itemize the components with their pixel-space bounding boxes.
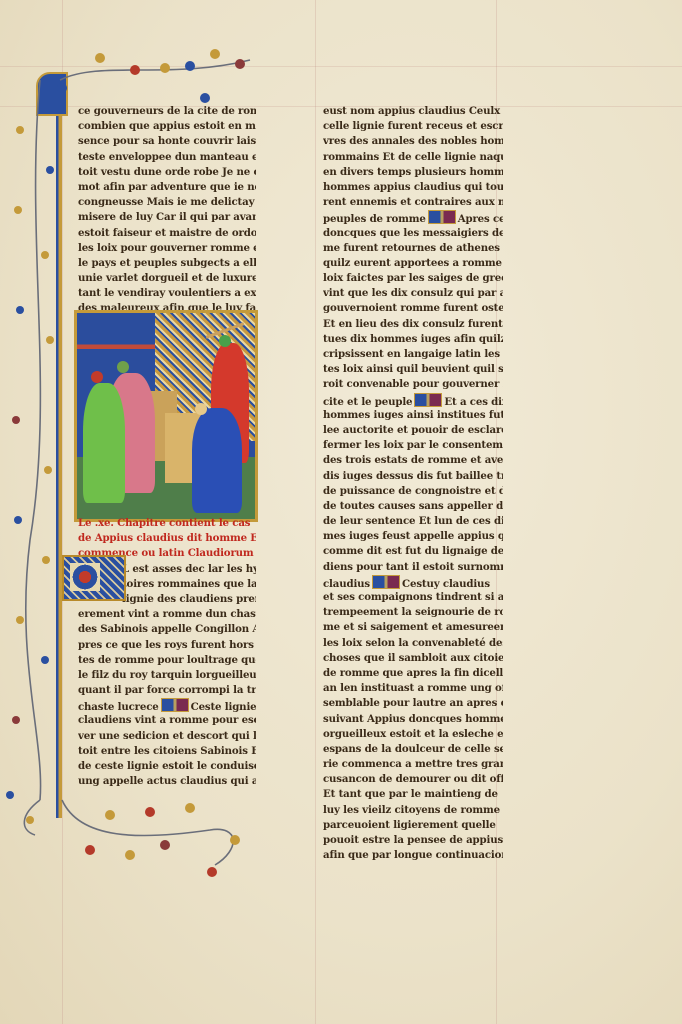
text-line: toit entre les citoiens Sabinois Et bbox=[78, 744, 256, 759]
decorated-initial-icon bbox=[161, 698, 189, 712]
text-line: luy les vieilz citoyens de romme ap bbox=[323, 803, 503, 818]
text-line: tes de romme pour loultrage que fist bbox=[78, 653, 256, 668]
manuscript-page: ce gouverneurs de la cite de romme Et co… bbox=[0, 0, 682, 1024]
text-fragment: Et a ces dix bbox=[444, 396, 503, 408]
text-line: suivant Appius doncques homme bbox=[323, 712, 503, 727]
text-line: hommes appius claudius qui tous fu bbox=[323, 180, 503, 195]
text-line: doncques que les messaigiers de rom bbox=[323, 226, 503, 241]
text-line: cite et le peupleEt a ces dix bbox=[323, 393, 503, 408]
text-line: cusancon de demourer ou dit office bbox=[323, 772, 503, 787]
text-line: tues dix hommes iuges afin quilz es bbox=[323, 332, 503, 347]
text-line: Et tant que par le maintieng de bbox=[323, 787, 503, 802]
text-fragment: Apres ce bbox=[458, 213, 503, 225]
text-line: en divers temps plusieurs hommes bbox=[323, 165, 503, 180]
figure-blue-kneeling bbox=[192, 408, 242, 513]
text-line: afin que par longue continuacion de bbox=[323, 848, 503, 863]
text-line: congneusse Mais ie me delictay en la bbox=[78, 195, 256, 210]
text-line: hommes iuges ainsi institues fut bail bbox=[323, 408, 503, 423]
text-line: cripsissent en langaige latin les dic bbox=[323, 347, 503, 362]
text-line: choses que il sambloit aux citoiens bbox=[323, 651, 503, 666]
decorated-initial-icon bbox=[428, 210, 456, 224]
text-line: estoit faiseur et maistre de ordonner bbox=[78, 226, 256, 241]
text-line: gouvernoient romme furent ostes bbox=[323, 301, 503, 316]
text-line: celle lignie furent receus et escrips es… bbox=[323, 119, 503, 134]
text-line: tes loix ainsi quil beuvient quil se bbox=[323, 362, 503, 377]
text-line: me et si saigement et amesureement bbox=[323, 620, 503, 635]
decorated-initial-icon bbox=[414, 393, 442, 407]
text-line: rent ennemis et contraires aux menus bbox=[323, 195, 503, 210]
text-line: claudiens vint a romme pour eschie bbox=[78, 713, 256, 728]
text-line: de romme que apres la fin dicelluy bbox=[323, 666, 503, 681]
text-line: de toutes causes sans appeller deulx ne bbox=[323, 499, 503, 514]
text-line: le filz du roy tarquin lorgueilleux bbox=[78, 668, 256, 683]
text-line: an len instituast a romme ung office bbox=[323, 681, 503, 696]
text-line: diens pour tant il estoit surnommes bbox=[323, 560, 503, 575]
text-line: rommains Et de celle lignie naquirent bbox=[323, 150, 503, 165]
figure-head bbox=[91, 371, 103, 383]
text-fragment: peuples de romme bbox=[323, 213, 426, 225]
text-line: de puissance de congnoistre et de iuger bbox=[323, 484, 503, 499]
decorated-initial-icon bbox=[372, 575, 400, 589]
text-line: tant le vendiray voulentiers a exemple bbox=[78, 286, 256, 301]
rubric-line: Le .xe. Chapitre contient le cas bbox=[78, 516, 256, 531]
text-fragment: Cestuy claudius bbox=[402, 578, 490, 590]
text-line: les loix selon la convenableté des bbox=[323, 636, 503, 651]
text-line: me furent retournes de athenes et bbox=[323, 241, 503, 256]
text-line: ung appelle actus claudius qui apres bbox=[78, 774, 256, 789]
text-line: quilz eurent apportees a romme les bbox=[323, 256, 503, 271]
text-line: pouoit estre la pensee de appius Et bbox=[323, 833, 503, 848]
text-line: semblable pour lautre an apres en bbox=[323, 696, 503, 711]
text-line: pres ce que les roys furent hors tou bbox=[78, 638, 256, 653]
text-line: ver une sedicion et descort qui lors es bbox=[78, 729, 256, 744]
text-line: Et en lieu des dix consulz furent insti bbox=[323, 317, 503, 332]
figure-head bbox=[195, 403, 207, 415]
text-line: dis iuges dessus dis fut baillee tres gr… bbox=[323, 469, 503, 484]
text-line: de leur sentence Et lun de ces dix hom bbox=[323, 514, 503, 529]
text-line: mes iuges feust appelle appius qui bbox=[323, 529, 503, 544]
text-line: vres des annales des nobles hommes bbox=[323, 134, 503, 149]
text-line: peuples de rommeApres ce bbox=[323, 210, 503, 225]
figure-head bbox=[219, 335, 231, 347]
text-line: rie commenca a mettre tres grant bbox=[323, 757, 503, 772]
text-fragment: chaste lucrece bbox=[78, 701, 159, 713]
rubric-line: de Appius claudius dit homme Et bbox=[78, 531, 256, 546]
text-line: misere de luy Car il qui par avant bbox=[78, 210, 256, 225]
text-line: les loix pour gouverner romme et bbox=[78, 241, 256, 256]
text-line: teste enveloppee dun manteau et qui es bbox=[78, 150, 256, 165]
text-line: et ses compaignons tindrent si ac bbox=[323, 590, 503, 605]
text-line: roit convenable pour gouverner la bbox=[323, 377, 503, 392]
text-line: eust nom appius claudius Ceulx de bbox=[323, 104, 503, 119]
text-line: ce gouverneurs de la cite de romme Et bbox=[78, 104, 256, 119]
text-line: unie varlet dorgueil et de luxure pour bbox=[78, 271, 256, 286]
text-line: toit vestu dune orde robe Je ne congnois bbox=[78, 165, 256, 180]
figure-head bbox=[117, 361, 129, 373]
text-line: comme dit est fut du lignaige des clau bbox=[323, 544, 503, 559]
miniature-illustration bbox=[74, 310, 258, 522]
right-column: eust nom appius claudius Ceulx de celle … bbox=[323, 104, 503, 863]
text-line: orgueilleux estoit et la esleche et bbox=[323, 727, 503, 742]
text-line: erement vint a romme dun chasteau bbox=[78, 607, 256, 622]
text-line: combien que appius estoit en ma pre bbox=[78, 119, 256, 134]
figure-green-judge bbox=[83, 383, 125, 503]
text-line: vint que les dix consulz qui par avant bbox=[323, 286, 503, 301]
text-line: des Sabinois appelle Congillon A bbox=[78, 622, 256, 637]
text-line: trempeement la seignourie de rom bbox=[323, 605, 503, 620]
text-line: quant il par force corrompi la tres bbox=[78, 683, 256, 698]
text-line: sence pour sa honte couvrir laissast la bbox=[78, 134, 256, 149]
text-line: mot afin par adventure que ie ne le bbox=[78, 180, 256, 195]
text-line: parceuoient ligierement quelle bbox=[323, 818, 503, 833]
text-line: le pays et peuples subgects a elle fu de bbox=[78, 256, 256, 271]
text-line: de ceste lignie estoit le conduiseur bbox=[78, 759, 256, 774]
historiated-initial-L bbox=[62, 555, 126, 601]
text-line: des trois estats de romme et avec ce aux bbox=[323, 453, 503, 468]
text-fragment: Ceste lignie des bbox=[191, 701, 256, 713]
text-line: claudiusCestuy claudius bbox=[323, 575, 503, 590]
text-line: fermer les loix par le consentement bbox=[323, 438, 503, 453]
text-line: lee auctorite et pouoir de esclarcir et … bbox=[323, 423, 503, 438]
text-line: loix faictes par les saiges de grece Il … bbox=[323, 271, 503, 286]
text-fragment: cite et le peuple bbox=[323, 396, 412, 408]
text-line: chaste lucreceCeste lignie des bbox=[78, 698, 256, 713]
ruling-line bbox=[315, 0, 316, 1024]
text-line: espans de la doulceur de celle seigneu bbox=[323, 742, 503, 757]
text-fragment: claudius bbox=[323, 578, 370, 590]
